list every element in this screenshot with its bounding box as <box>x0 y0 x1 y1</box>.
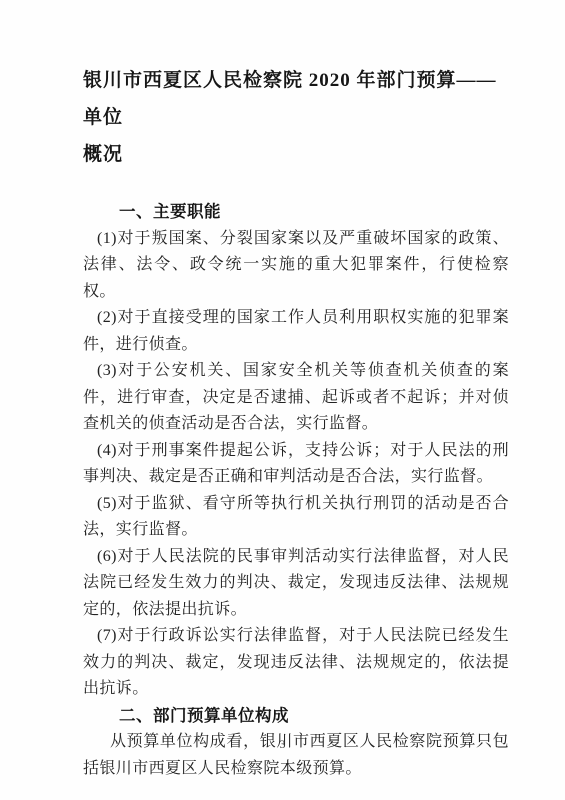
title-line-2: 概况 <box>83 136 509 173</box>
paragraph-function-5: (5)对于监狱、看守所等执行机关执行刑罚的活动是否合法，实行监督。 <box>83 491 509 544</box>
section-heading-budget-unit-composition: 二、部门预算单位构成 <box>83 703 509 730</box>
document-body: 银川市西夏区人民检察院 2020 年部门预算——单位 概况 一、主要职能 (1)… <box>0 0 565 782</box>
paragraph-function-1: (1)对于叛国案、分裂国家案以及严重破坏国家的政策、法律、法令、政令统一实施的重… <box>83 226 509 306</box>
page-number: 3 <box>0 737 565 752</box>
document-title: 银川市西夏区人民检察院 2020 年部门预算——单位 概况 <box>83 62 509 173</box>
paragraph-function-7: (7)对于行政诉讼实行法律监督，对于人民法院已经发生效力的判决、裁定，发现违反法… <box>83 623 509 703</box>
document-page: 银川市西夏区人民检察院 2020 年部门预算——单位 概况 一、主要职能 (1)… <box>0 0 565 800</box>
paragraph-function-6: (6)对于人民法院的民事审判活动实行法律监督，对人民法院已经发生效力的判决、裁定… <box>83 544 509 624</box>
title-line-1: 银川市西夏区人民检察院 2020 年部门预算——单位 <box>83 62 509 136</box>
paragraph-function-2: (2)对于直接受理的国家工作人员利用职权实施的犯罪案件，进行侦查。 <box>83 305 509 358</box>
paragraph-function-3: (3)对于公安机关、国家安全机关等侦查机关侦查的案件，进行审查，决定是否逮捕、起… <box>83 358 509 438</box>
paragraph-function-4: (4)对于刑事案件提起公诉，支持公诉；对于人民法的刑事判决、裁定是否正确和审判活… <box>83 438 509 491</box>
section-heading-main-functions: 一、主要职能 <box>83 199 509 226</box>
